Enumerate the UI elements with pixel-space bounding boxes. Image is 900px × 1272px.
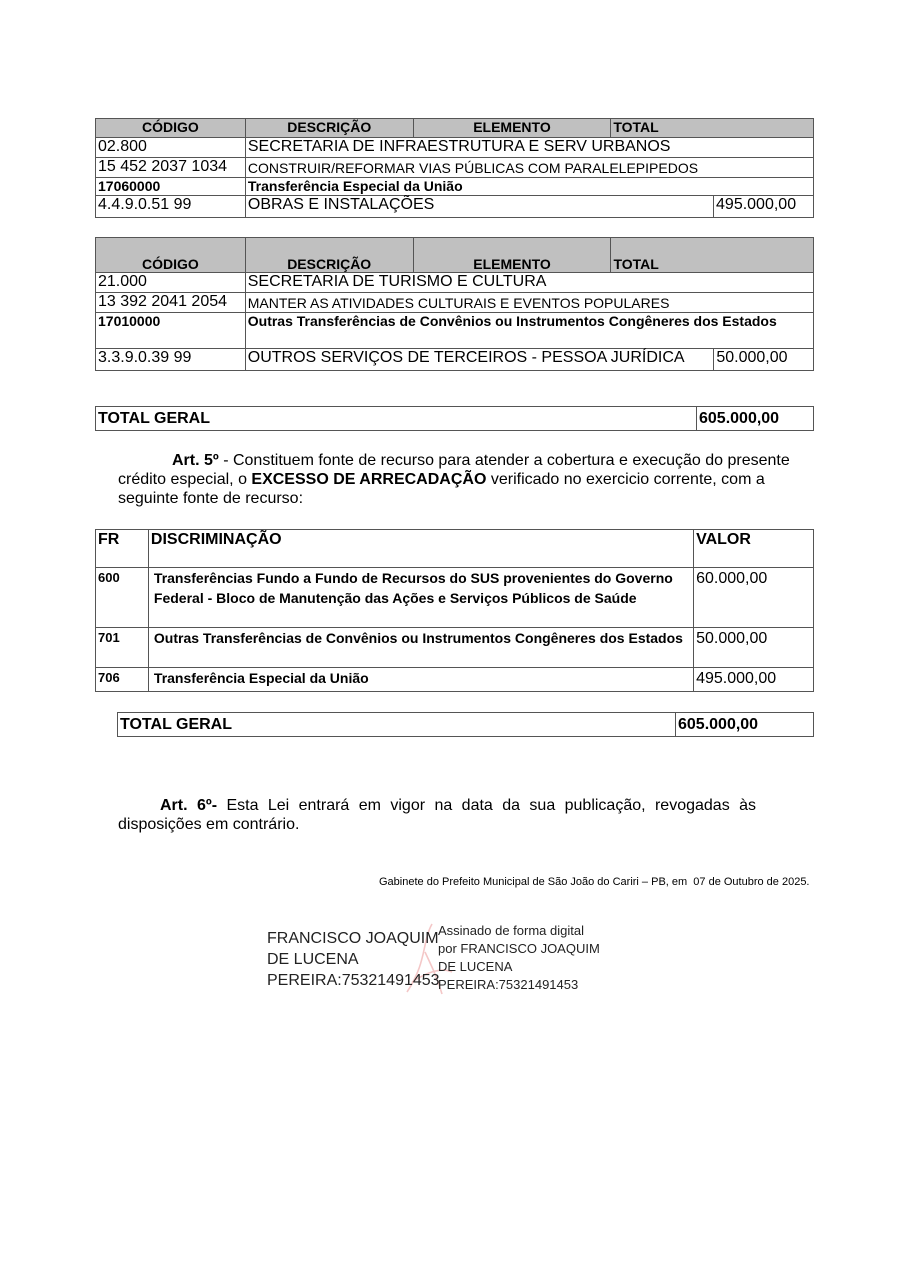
row-desc: OBRAS E INSTALAÇÕES <box>245 196 713 218</box>
row-fr: 600 <box>96 568 149 628</box>
total-geral-table: TOTAL GERAL 605.000,00 <box>95 406 814 431</box>
row-desc: SECRETARIA DE TURISMO E CULTURA <box>245 273 813 293</box>
table-row: 701 Outras Transferências de Convênios o… <box>96 628 814 668</box>
total-label: TOTAL GERAL <box>96 407 697 431</box>
signer-name-line: PEREIRA:75321491453 <box>267 970 440 991</box>
row-value: 495.000,00 <box>714 196 814 218</box>
table-header-row: CÓDIGO DESCRIÇÃO ELEMENTO TOTAL <box>96 238 814 273</box>
table-header-row: CÓDIGO DESCRIÇÃO ELEMENTO TOTAL <box>96 119 814 138</box>
article-6-label: Art. 6º- <box>160 797 217 814</box>
article-6: Art. 6º- Esta Lei entrará em vigor na da… <box>118 796 756 834</box>
row-desc: CONSTRUIR/REFORMAR VIAS PÚBLICAS COM PAR… <box>245 158 813 178</box>
table-row: 17060000 Transferência Especial da União <box>96 178 814 196</box>
table-row: 17010000 Outras Transferências de Convên… <box>96 313 814 349</box>
article-5: Art. 5º - Constituem fonte de recurso pa… <box>118 451 816 508</box>
row-desc: Outras Transferências de Convênios ou In… <box>148 628 693 668</box>
row-fr: 706 <box>96 668 149 692</box>
header-discriminacao: DISCRIMINAÇÃO <box>148 530 693 568</box>
signer-name-line: FRANCISCO JOAQUIM <box>267 928 440 949</box>
article-5-label: Art. 5º <box>172 452 219 469</box>
signer-name: FRANCISCO JOAQUIM DE LUCENA PEREIRA:7532… <box>267 928 440 991</box>
row-desc: Transferência Especial da União <box>148 668 693 692</box>
row-code: 17010000 <box>96 313 246 349</box>
signer-name-line: DE LUCENA <box>267 949 440 970</box>
row-code: 13 392 2041 2054 <box>96 293 246 313</box>
header-elemento: ELEMENTO <box>413 238 611 273</box>
header-total: TOTAL <box>611 119 814 138</box>
table-row: 15 452 2037 1034 CONSTRUIR/REFORMAR VIAS… <box>96 158 814 178</box>
row-code: 3.3.9.0.39 99 <box>96 349 246 371</box>
row-fr: 701 <box>96 628 149 668</box>
header-valor: VALOR <box>694 530 814 568</box>
total-value: 605.000,00 <box>676 713 814 737</box>
header-elemento: ELEMENTO <box>413 119 611 138</box>
signature-info: Assinado de forma digital por FRANCISCO … <box>438 922 600 994</box>
header-total: TOTAL <box>611 238 814 273</box>
table-row: 21.000 SECRETARIA DE TURISMO E CULTURA <box>96 273 814 293</box>
table-row: 02.800 SECRETARIA DE INFRAESTRUTURA E SE… <box>96 138 814 158</box>
row-code: 17060000 <box>96 178 246 196</box>
row-code: 21.000 <box>96 273 246 293</box>
row-desc: SECRETARIA DE INFRAESTRUTURA E SERV URBA… <box>245 138 813 158</box>
total-label: TOTAL GERAL <box>118 713 676 737</box>
article-5-bold: EXCESSO DE ARRECADAÇÃO <box>251 471 486 488</box>
header-descricao: DESCRIÇÃO <box>245 238 413 273</box>
table-row: 600 Transferências Fundo a Fundo de Recu… <box>96 568 814 628</box>
signature-info-line: DE LUCENA <box>438 958 600 976</box>
row-desc: Outras Transferências de Convênios ou In… <box>245 313 813 349</box>
row-desc: OUTROS SERVIÇOS DE TERCEIROS - PESSOA JU… <box>245 349 714 371</box>
table-header-row: FR DISCRIMINAÇÃO VALOR <box>96 530 814 568</box>
table-row: 706 Transferência Especial da União 495.… <box>96 668 814 692</box>
signature-info-line: PEREIRA:75321491453 <box>438 976 600 994</box>
row-code: 15 452 2037 1034 <box>96 158 246 178</box>
budget-table-infraestrutura: CÓDIGO DESCRIÇÃO ELEMENTO TOTAL 02.800 S… <box>95 118 814 218</box>
row-value: 50.000,00 <box>694 628 814 668</box>
header-codigo: CÓDIGO <box>96 238 246 273</box>
table-row: 4.4.9.0.51 99 OBRAS E INSTALAÇÕES 495.00… <box>96 196 814 218</box>
total-geral-sources-table: TOTAL GERAL 605.000,00 <box>117 712 814 737</box>
place-date: Gabinete do Prefeito Municipal de São Jo… <box>379 876 810 888</box>
row-value: 60.000,00 <box>694 568 814 628</box>
table-row: 13 392 2041 2054 MANTER AS ATIVIDADES CU… <box>96 293 814 313</box>
row-desc: Transferência Especial da União <box>245 178 813 196</box>
row-code: 02.800 <box>96 138 246 158</box>
funding-sources-table: FR DISCRIMINAÇÃO VALOR 600 Transferência… <box>95 529 814 692</box>
digital-signature: FRANCISCO JOAQUIM DE LUCENA PEREIRA:7532… <box>267 928 627 1008</box>
header-fr: FR <box>96 530 149 568</box>
budget-table-turismo: CÓDIGO DESCRIÇÃO ELEMENTO TOTAL 21.000 S… <box>95 237 814 371</box>
signature-info-line: por FRANCISCO JOAQUIM <box>438 940 600 958</box>
table-row: 3.3.9.0.39 99 OUTROS SERVIÇOS DE TERCEIR… <box>96 349 814 371</box>
header-descricao: DESCRIÇÃO <box>245 119 413 138</box>
total-value: 605.000,00 <box>697 407 814 431</box>
row-code: 4.4.9.0.51 99 <box>96 196 246 218</box>
header-codigo: CÓDIGO <box>96 119 246 138</box>
row-value: 50.000,00 <box>714 349 814 371</box>
signature-info-line: Assinado de forma digital <box>438 922 600 940</box>
row-desc: MANTER AS ATIVIDADES CULTURAIS E EVENTOS… <box>245 293 813 313</box>
row-value: 495.000,00 <box>694 668 814 692</box>
row-desc: Transferências Fundo a Fundo de Recursos… <box>148 568 693 628</box>
